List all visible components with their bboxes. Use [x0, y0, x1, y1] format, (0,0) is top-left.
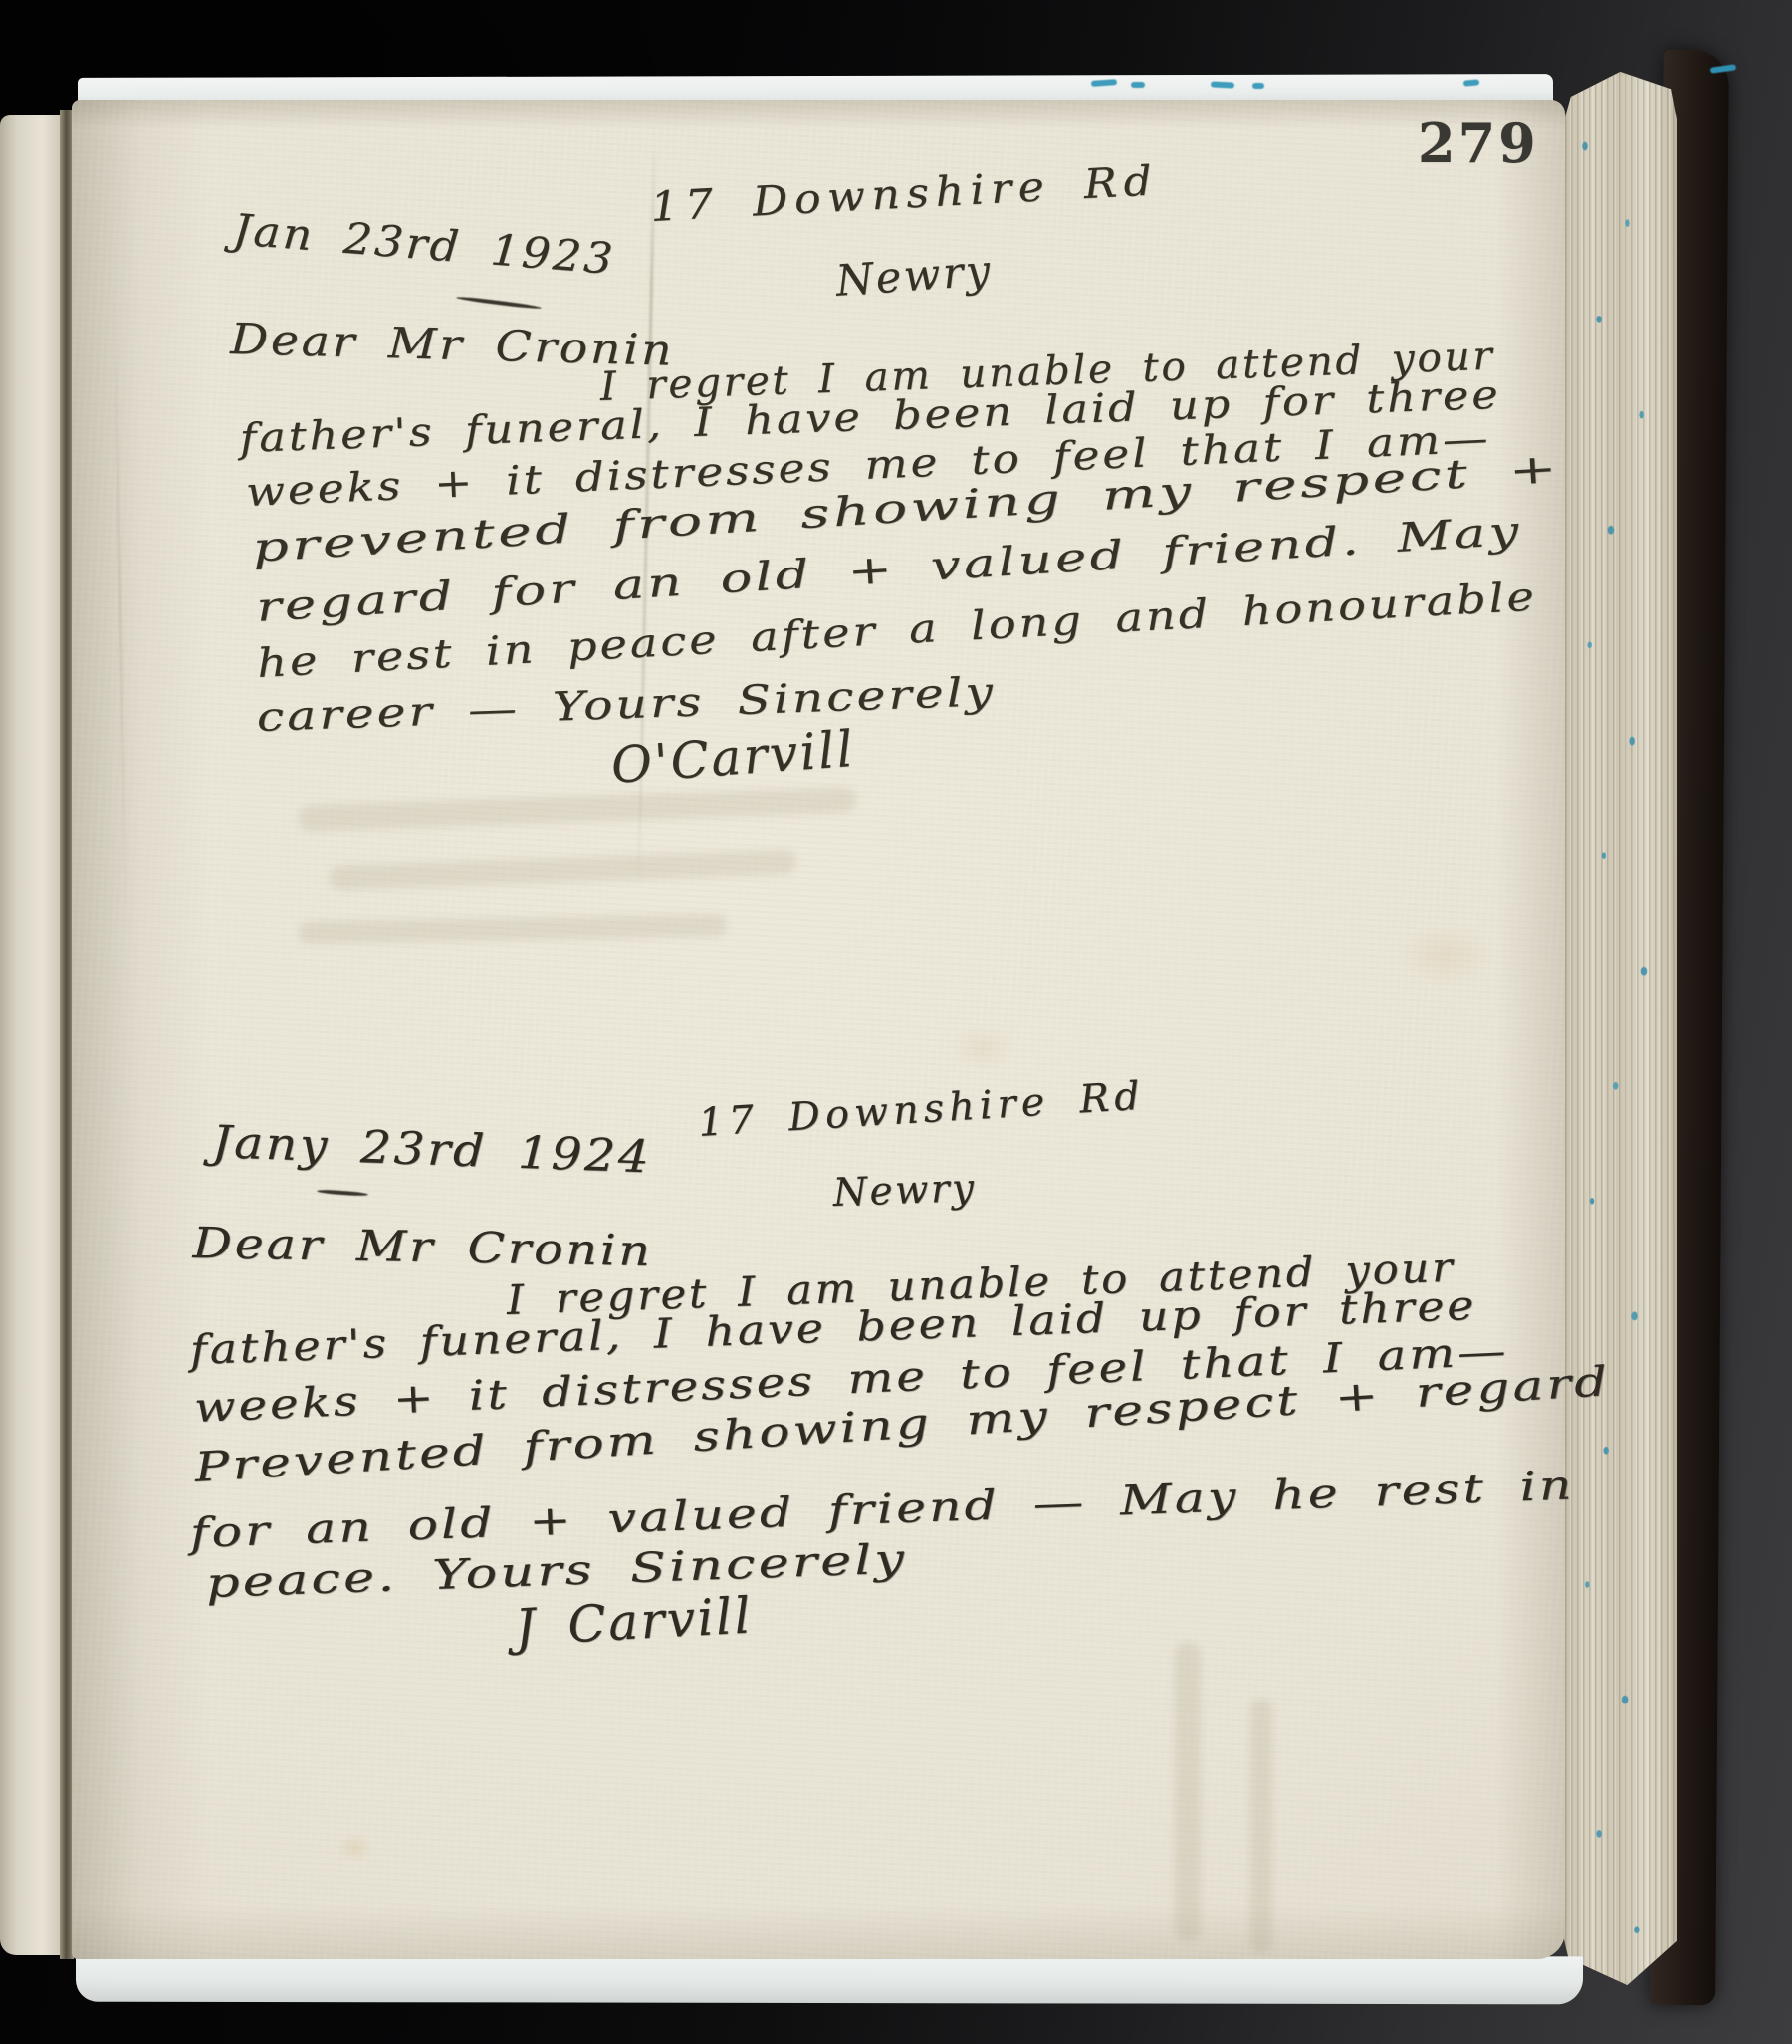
facing-page-edge	[0, 115, 62, 1955]
page-number: 279	[1418, 112, 1539, 175]
blue-edge-mark	[1252, 83, 1264, 89]
letter2-salutation: Dear Mr Cronin	[192, 1219, 653, 1276]
underlying-sheet-edge-bottom	[76, 1954, 1583, 2005]
blue-edge-mark	[1211, 81, 1234, 88]
photograph-of-letter-book: 279 Jan 23rd 1923 17 Downshire Rd Newry …	[0, 0, 1792, 2044]
bleed-through-ghost	[1175, 1643, 1201, 1941]
letter2-address-line2: Newry	[832, 1166, 977, 1216]
bleed-through-ghost	[1250, 1699, 1272, 1953]
page-fore-edge-stack	[1559, 70, 1677, 1987]
blue-edge-mark	[1131, 82, 1145, 88]
